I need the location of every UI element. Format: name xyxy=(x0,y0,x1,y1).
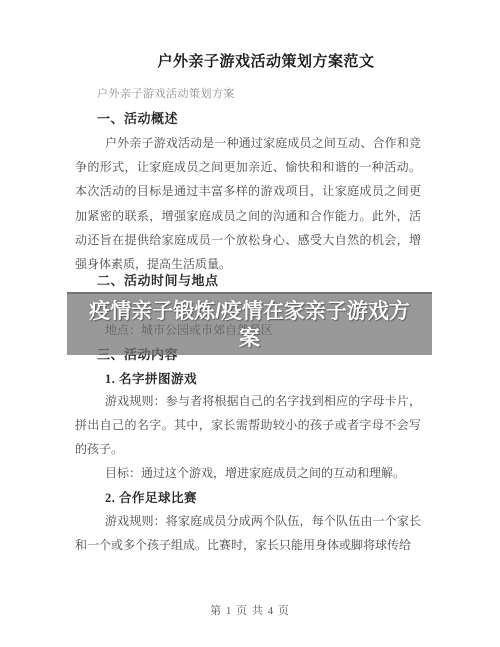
game2-rules-paragraph: 游戏规则：将家庭成员分成两个队伍，每个队伍由一个家长和一个或多个孩子组成。比赛时… xyxy=(75,509,421,557)
page-number-indicator: 第 1 页 共 4 页 xyxy=(0,602,500,620)
game2-title: 2. 合作足球比赛 xyxy=(105,486,197,510)
game1-rules-paragraph: 游戏规则：参与者将根据自己的名字找到相应的字母卡片，拼出自己的名字。其中，家长需… xyxy=(75,389,421,462)
document-page: 户外亲子游戏活动策划方案范文 户外亲子游戏活动策划方案 一、活动概述 户外亲子游… xyxy=(0,0,500,647)
section-heading-time-place: 二、活动时间与地点 xyxy=(97,269,219,293)
document-subtitle: 户外亲子游戏活动策划方案 xyxy=(97,84,235,104)
promo-overlay-banner[interactable]: 疫情亲子锻炼/疫情在家亲子游戏方案 xyxy=(67,292,432,355)
document-title: 户外亲子游戏活动策划方案范文 xyxy=(32,50,500,74)
promo-overlay-banner-text: 疫情亲子锻炼/疫情在家亲子游戏方案 xyxy=(83,298,416,352)
game1-goal-line: 目标：通过这个游戏，增进家庭成员之间的互动和理解。 xyxy=(75,461,421,485)
overview-paragraph: 户外亲子游戏活动是一种通过家庭成员之间互动、合作和竞争的形式，让家庭成员之间更加… xyxy=(75,131,421,276)
game1-title: 1. 名字拼图游戏 xyxy=(105,367,197,391)
section-heading-overview: 一、活动概述 xyxy=(97,107,178,131)
